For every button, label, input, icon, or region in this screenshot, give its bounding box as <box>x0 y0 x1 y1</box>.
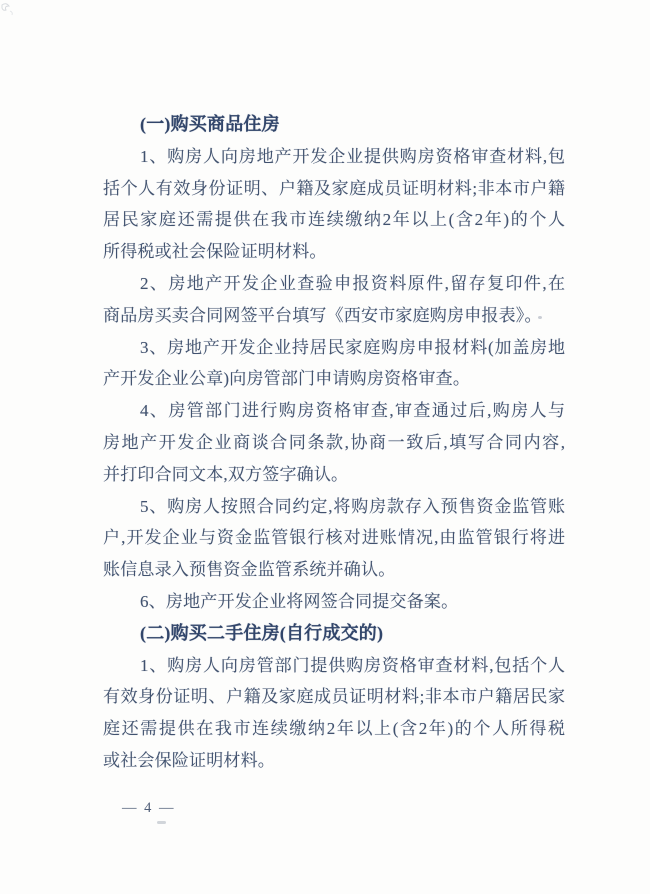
text-line: (二)购买二手住房(自行成交的) <box>103 618 565 650</box>
text-line: 1、购房人向房管部门提供购房资格审查材料,包括个人 <box>103 650 565 682</box>
text-line: 或社会保险证明材料。 <box>103 745 565 777</box>
text-line: 所得税或社会保险证明材料。 <box>103 236 565 268</box>
text-line: 商品房买卖合同网签平台填写《西安市家庭购房申报表》。 <box>103 300 565 332</box>
text-line: 5、购房人按照合同约定,将购房款存入预售资金监管账 <box>103 491 565 523</box>
text-line: 庭还需提供在我市连续缴纳2年以上(含2年)的个人所得税 <box>103 713 565 745</box>
text-line: 4、房管部门进行购房资格审查,审查通过后,购房人与 <box>103 395 565 427</box>
text-line: 户,开发企业与资金监管银行核对进账情况,由监管银行将进 <box>103 522 565 554</box>
text-line: 账信息录入预售资金监管系统并确认。 <box>103 554 565 586</box>
text-line: 并打印合同文本,双方签字确认。 <box>103 459 565 491</box>
text-line: 产开发企业公章)向房管部门申请购房资格审查。 <box>103 363 565 395</box>
text-line: 括个人有效身份证明、户籍及家庭成员证明材料;非本市户籍 <box>103 173 565 205</box>
text-line: 房地产开发企业商谈合同条款,协商一致后,填写合同内容, <box>103 427 565 459</box>
text-line: 居民家庭还需提供在我市连续缴纳2年以上(含2年)的个人 <box>103 204 565 236</box>
text-line: 6、房地产开发企业将网签合同提交备案。 <box>103 586 565 618</box>
document-body: (一)购买商品住房1、购房人向房地产开发企业提供购房资格审查材料,包括个人有效身… <box>103 109 565 777</box>
scan-smudge-artifact <box>1 2 17 18</box>
scan-speck-artifact <box>157 821 166 824</box>
text-line: (一)购买商品住房 <box>103 109 565 141</box>
scanned-document-page: (一)购买商品住房1、购房人向房地产开发企业提供购房资格审查材料,包括个人有效身… <box>0 0 650 894</box>
text-line: 有效身份证明、户籍及家庭成员证明材料;非本市户籍居民家 <box>103 681 565 713</box>
scan-speck-artifact <box>538 316 542 319</box>
page-number: — 4 — <box>122 800 176 817</box>
text-line: 2、房地产开发企业查验申报资料原件,留存复印件,在 <box>103 268 565 300</box>
text-line: 1、购房人向房地产开发企业提供购房资格审查材料,包 <box>103 141 565 173</box>
text-line: 3、房地产开发企业持居民家庭购房申报材料(加盖房地 <box>103 332 565 364</box>
